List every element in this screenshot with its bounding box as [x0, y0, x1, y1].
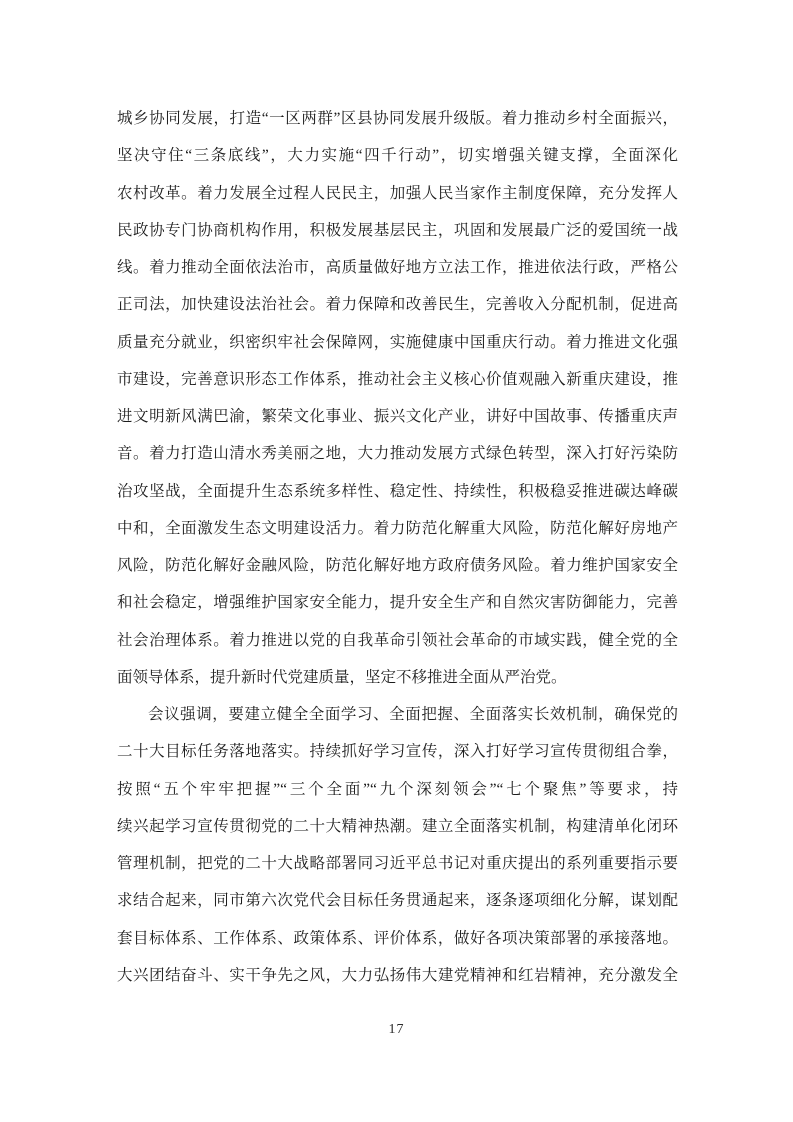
text-line: 求结合起来，同市第六次党代会目标任务贯通起来，逐条逐项细化分解，谋划配 — [117, 882, 678, 919]
text-line: 民政协专门协商机构作用，积极发展基层民主，巩固和发展最广泛的爱国统一战 — [117, 212, 678, 249]
text-line: 治攻坚战，全面提升生态系统多样性、稳定性、持续性，积极稳妥推进碳达峰碳 — [117, 473, 678, 510]
text-line: 城乡协同发展，打造“一区两群”区县协同发展升级版。着力推动乡村全面振兴， — [117, 100, 678, 137]
text-line: 按照“五个牢牢把握”“三个全面”“九个深刻领会”“七个聚焦”等要求，持 — [117, 771, 678, 808]
text-line: 进文明新风满巴渝，繁荣文化事业、振兴文化产业，讲好中国故事、传播重庆声 — [117, 398, 678, 435]
text-line: 管理机制，把党的二十大战略部署同习近平总书记对重庆提出的系列重要指示要 — [117, 845, 678, 882]
text-line: 质量充分就业，织密织牢社会保障网，实施健康中国重庆行动。着力推进文化强 — [117, 324, 678, 361]
text-line: 音。着力打造山清水秀美丽之地，大力推动发展方式绿色转型，深入打好污染防 — [117, 435, 678, 472]
text-line-paragraph-start: 会议强调，要建立健全全面学习、全面把握、全面落实长效机制，确保党的 — [117, 696, 678, 733]
body-text: 城乡协同发展，打造“一区两群”区县协同发展升级版。着力推动乡村全面振兴， 坚决守… — [117, 100, 678, 994]
text-line: 和社会稳定，增强维护国家安全能力，提升安全生产和自然灾害防御能力，完善 — [117, 584, 678, 621]
text-line: 风险，防范化解好金融风险，防范化解好地方政府债务风险。着力维护国家安全 — [117, 547, 678, 584]
text-line: 中和，全面激发生态文明建设活力。着力防范化解重大风险，防范化解好房地产 — [117, 510, 678, 547]
text-line: 市建设，完善意识形态工作体系，推动社会主义核心价值观融入新重庆建设，推 — [117, 361, 678, 398]
text-line: 二十大目标任务落地落实。持续抓好学习宣传，深入打好学习宣传贯彻组合拳， — [117, 733, 678, 770]
text-line: 续兴起学习宣传贯彻党的二十大精神热潮。建立全面落实机制，构建清单化闭环 — [117, 808, 678, 845]
text-line: 社会治理体系。着力推进以党的自我革命引领社会革命的市域实践，健全党的全 — [117, 622, 678, 659]
text-line: 线。着力推动全面依法治市，高质量做好地方立法工作，推进依法行政，严格公 — [117, 249, 678, 286]
text-line: 大兴团结奋斗、实干争先之风，大力弘扬伟大建党精神和红岩精神，充分激发全 — [117, 957, 678, 994]
text-line: 正司法，加快建设法治社会。着力保障和改善民生，完善收入分配机制，促进高 — [117, 286, 678, 323]
text-line: 农村改革。着力发展全过程人民民主，加强人民当家作主制度保障，充分发挥人 — [117, 175, 678, 212]
text-line: 坚决守住“三条底线”，大力实施“四千行动”，切实增强关键支撑，全面深化 — [117, 137, 678, 174]
text-line: 套目标体系、工作体系、政策体系、评价体系，做好各项决策部署的承接落地。 — [117, 920, 678, 957]
document-page: 城乡协同发展，打造“一区两群”区县协同发展升级版。着力推动乡村全面振兴， 坚决守… — [0, 0, 793, 1122]
text-line-paragraph-end: 面领导体系，提升新时代党建质量，坚定不移推进全面从严治党。 — [117, 659, 678, 696]
page-number: 17 — [0, 1022, 793, 1038]
